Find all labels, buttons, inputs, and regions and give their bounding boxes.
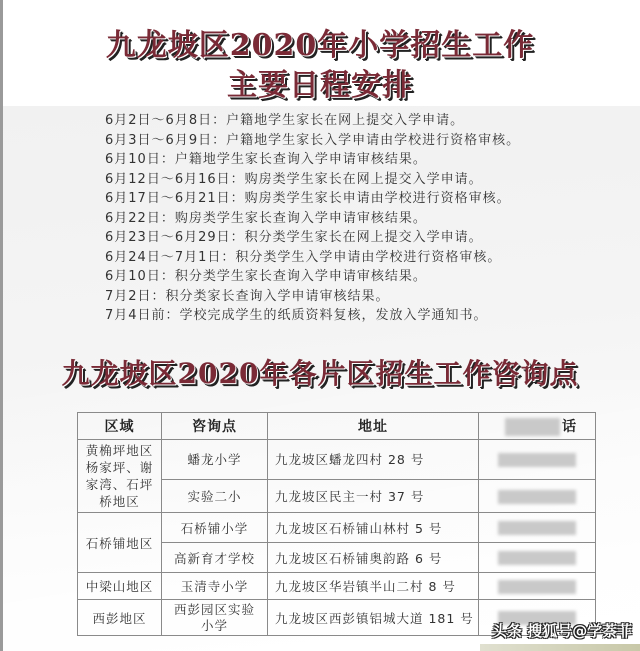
cell-point: 蟠龙小学 [162,440,268,480]
cell-region: 中梁山地区 [78,573,162,600]
redacted-block [498,453,576,467]
header-region: 区域 [78,413,162,440]
bottom-decoration [480,644,640,651]
table-header-row: 区域 咨询点 地址 话 [78,413,596,440]
cell-address: 九龙坡区石桥铺奥韵路 6 号 [268,543,479,573]
schedule-item: 6月24日～7月1日：积分类学生入学申请由学校进行资格审核。 [105,248,520,268]
cell-phone [479,543,596,573]
schedule-item: 6月10日：户籍地学生家长查询入学申请审核结果。 [105,150,520,170]
schedule-list: 6月2日～6月8日：户籍地学生家长在网上提交入学申请。 6月3日～6月9日：户籍… [105,111,520,326]
cell-point: 西彭园区实验小学 [162,600,268,636]
table-row: 黄桷坪地区杨家坪、谢家湾、石坪桥地区 蟠龙小学 九龙坡区蟠龙四村 28 号 [78,440,596,480]
header-phone: 话 [479,413,596,440]
schedule-item: 6月22日：购房类学生家长查询入学申请审核结果。 [105,209,520,229]
cell-phone [479,573,596,600]
cell-phone [479,513,596,543]
cell-region: 石桥铺地区 [78,513,162,573]
redacted-block [498,580,576,594]
main-title-line1: 九龙坡区2020年小学招生工作 [0,20,640,64]
schedule-item: 6月17日～6月21日：购房类学生家长申请由学校进行资格审核。 [105,189,520,209]
schedule-item: 7月2日：积分类家长查询入学申请审核结果。 [105,287,520,307]
cell-point: 玉清寺小学 [162,573,268,600]
schedule-item: 6月10日：积分类学生家长查询入学申请审核结果。 [105,267,520,287]
schedule-item: 6月12日～6月16日：购房类学生家长在网上提交入学申请。 [105,170,520,190]
cell-region: 黄桷坪地区杨家坪、谢家湾、石坪桥地区 [78,440,162,513]
cell-region: 西彭地区 [78,600,162,636]
redacted-block [498,551,576,565]
cell-address: 九龙坡区西彭镇铝城大道 181 号 [268,600,479,636]
cell-phone [479,479,596,512]
cell-point: 实验二小 [162,479,268,512]
main-title-line2: 主要日程安排 [0,60,640,104]
schedule-item: 6月2日～6月8日：户籍地学生家长在网上提交入学申请。 [105,111,520,131]
header-address: 地址 [268,413,479,440]
table-row: 中梁山地区 玉清寺小学 九龙坡区华岩镇半山二村 8 号 [78,573,596,600]
cell-address: 九龙坡区民主一村 37 号 [268,479,479,512]
schedule-item: 6月3日～6月9日：户籍地学生家长入学申请由学校进行资格审核。 [105,131,520,151]
consultation-table: 区域 咨询点 地址 话 黄桷坪地区杨家坪、谢家湾、石坪桥地区 蟠龙小学 九龙坡区… [77,412,596,636]
cell-point: 高新育才学校 [162,543,268,573]
watermark: 头条 搜狐号@学萘菲 [492,620,632,641]
table-row: 石桥铺地区 石桥铺小学 九龙坡区石桥铺山林村 5 号 [78,513,596,543]
schedule-item: 6月23日～6月29日：积分类学生家长在网上提交入学申请。 [105,228,520,248]
cell-address: 九龙坡区蟠龙四村 28 号 [268,440,479,480]
redacted-block [505,418,560,436]
cell-address: 九龙坡区华岩镇半山二村 8 号 [268,573,479,600]
redacted-block [498,521,576,535]
cell-phone [479,440,596,480]
redacted-block [498,490,576,504]
header-phone-label: 话 [562,419,577,435]
header-point: 咨询点 [162,413,268,440]
cell-point: 石桥铺小学 [162,513,268,543]
schedule-item: 7月4日前：学校完成学生的纸质资料复核，发放入学通知书。 [105,306,520,326]
cell-address: 九龙坡区石桥铺山林村 5 号 [268,513,479,543]
section-title-consultation: 九龙坡区2020年各片区招生工作咨询点 [0,352,640,392]
